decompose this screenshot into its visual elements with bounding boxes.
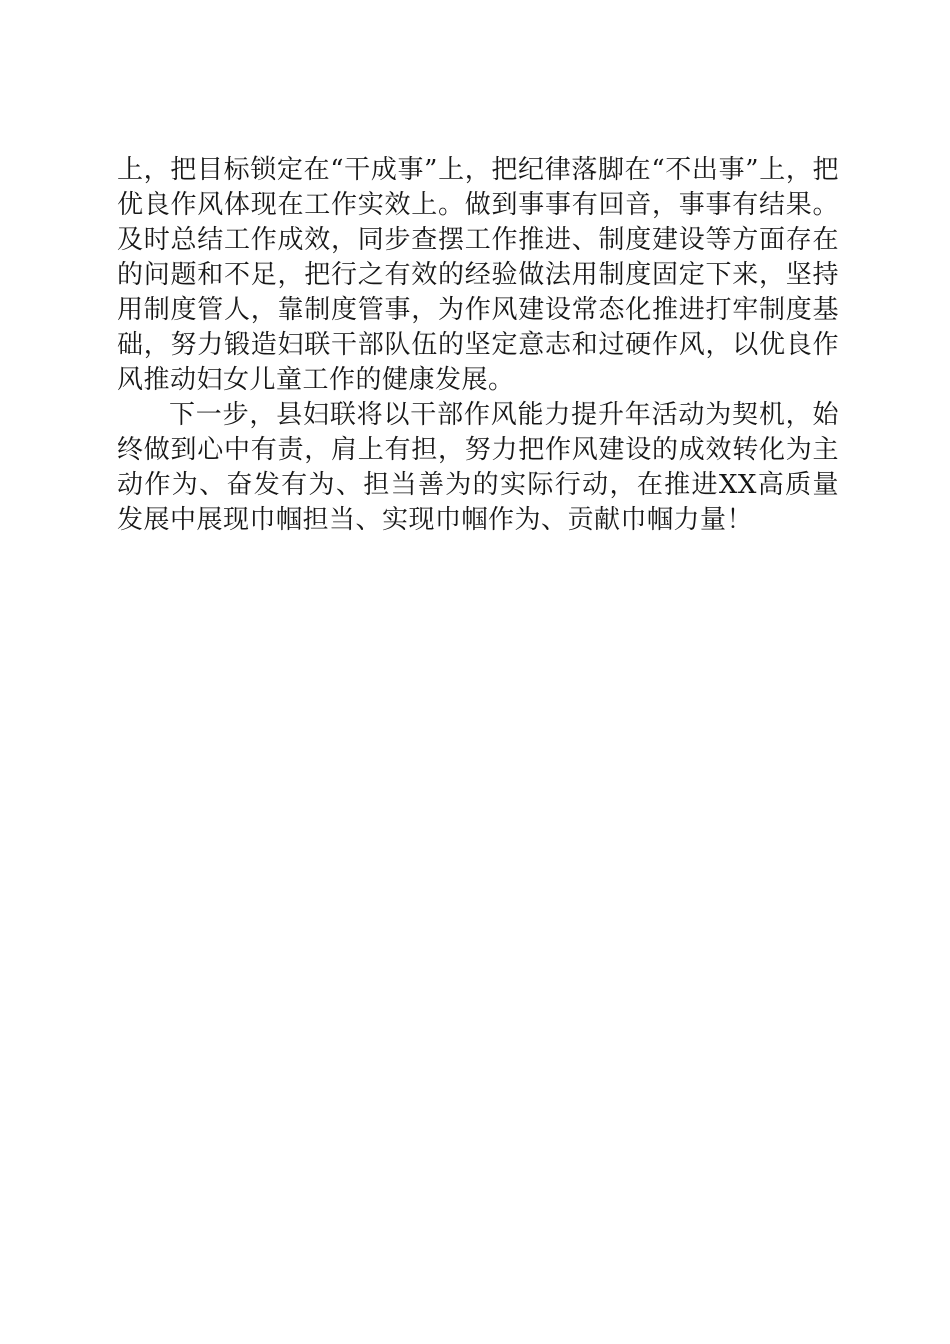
paragraph-continuation: 上，把目标锁定在“干成事”上，把纪律落脚在“不出事”上，把优良作风体现在工作实效… [117, 153, 839, 398]
document-body: 上，把目标锁定在“干成事”上，把纪律落脚在“不出事”上，把优良作风体现在工作实效… [117, 153, 839, 538]
paragraph-closing: 下一步，县妇联将以干部作风能力提升年活动为契机，始终做到心中有责，肩上有担，努力… [117, 398, 839, 538]
document-page: 上，把目标锁定在“干成事”上，把纪律落脚在“不出事”上，把优良作风体现在工作实效… [0, 0, 950, 1344]
